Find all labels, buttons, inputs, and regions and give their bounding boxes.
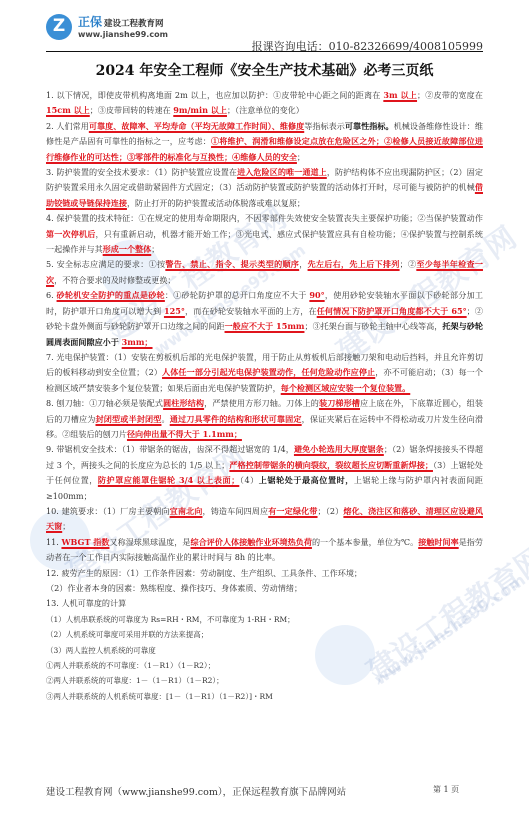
highlight: 一般应不大于 15mm (225, 321, 305, 331)
highlight: 径向伸出量不得大于 1.1mm； (127, 429, 242, 439)
item-13-line: ②两人并联系统的可靠度：1－（1－R1）（1－R2）； (46, 673, 483, 688)
text: ； (62, 521, 70, 531)
item-13-line: ③两人并联系统的人机系统可靠度：[1－（1－R1）（1－R2）]・RM (46, 689, 483, 704)
text: ， (299, 259, 307, 269)
highlight: 先左后右，先上后下排列 (308, 259, 400, 269)
item-10: 10. 建筑要求：（1）厂房主要朝向宜南北向，铸造车间四周应有一定绿化带；（2）… (46, 504, 483, 535)
text: ； (297, 152, 305, 162)
highlight: 接触时间率 (418, 537, 459, 547)
item-1: 1. 以下情况，即使皮带机构离地面 2m 以上，也应加以防护：①皮带轮中心距之间… (46, 88, 483, 119)
page-footer: 建设工程教育网（www.jianshe99.com），正保远程教育旗下品牌网站 (46, 784, 346, 798)
item-12-b: （2）作业者本身的因素：熟练程度、操作技巧、身体素质、劳动情绪； (46, 581, 483, 596)
highlight: 有一定绿化带 (268, 506, 317, 516)
text: ；②皮带的宽度在 (417, 90, 483, 100)
highlight: 第一次停机后 (46, 229, 96, 239)
text: 2. 人们常用 (46, 121, 89, 131)
item-13-line: （1）人机串联系统的可靠度为 Rs=RH・RM，不可靠度为 1-RH・RM； (46, 612, 483, 627)
item-13-line: （2）人机系统可靠度可采用并联的方法来提高； (46, 627, 483, 642)
logo-brand-name: 正保 (78, 15, 102, 29)
text: 11. (46, 537, 61, 547)
item-13-title: 13. 人机可靠度的计算 (46, 596, 483, 611)
text: ，铸造车间四周应 (202, 506, 268, 516)
header-divider (46, 51, 483, 52)
text: ；② (400, 259, 417, 269)
highlight: WBGT 指数 (61, 537, 109, 547)
item-8: 8. 刨刀轴：①刀轴必须是装配式圆柱形结构，严禁使用方形刀轴。刀体上的装刀梯形槽… (46, 396, 483, 442)
item-9: 9. 带锯机安全技术：（1）带锯条的锯齿，齿深不得超过锯宽的 1/4，避免小轮选… (46, 442, 483, 504)
page-number: 第 1 页 (433, 784, 459, 795)
highlight: 任何情况下防护罩开口角度都不大于 65° (317, 306, 467, 316)
highlight: 严格控制带锯条的横向裂纹，裂纹超长应切断重新焊接； (229, 460, 433, 470)
text: ；③皮带回转的转速在 (90, 105, 174, 115)
highlight: 警告、禁止、指令、提示类型的顺序 (165, 259, 299, 269)
highlight: 每个检测区域应安装一个复位装置。 (281, 383, 411, 393)
text: 的一个基本参量，单位为℃。 (312, 537, 418, 547)
brand-logo[interactable]: 正保建设工程教育网 www.jianshe99.com (46, 12, 186, 44)
text: 6. (46, 290, 57, 300)
bold-text: 上锯轮处于最高位置时， (259, 475, 354, 485)
highlight: 圆柱形结构 (163, 398, 204, 408)
text: ，而在砂轮安装轴水平面的上方，在 (185, 306, 317, 316)
text: ，不符合要求的及时修整或更换； (54, 275, 175, 285)
item-6: 6. 砂轮机安全防护的重点是砂轮：①砂轮防护罩的总开口角度应不大于 90°，使用… (46, 288, 483, 350)
highlight: 15cm 以上 (46, 105, 90, 115)
document-page: 建设工程教育网 www.jianshe99.com 建设工程教育网 建设工程教育… (0, 0, 529, 821)
text: 1. 以下情况，即使皮带机构离地面 2m 以上，也应加以防护：①皮带轮中心距之间… (46, 90, 383, 100)
item-2: 2. 人们常用可靠度、故障率、平均寿命（平均无故障工作时间）、维修度等指标表示可… (46, 119, 483, 165)
highlight: 9m/min 以上 (173, 105, 227, 115)
text: ；③托架台面与砂轮主轴中心线等高， (304, 321, 442, 331)
text: 5. 安全标志应满足的要求：①按 (46, 259, 165, 269)
highlight: 形成一个整体 (103, 244, 152, 254)
item-4: 4. 保护装置的技术特征：①在规定的使用寿命期限内，不因零部件失效使安全装置丧失… (46, 211, 483, 257)
text: ，严禁使用方形刀轴。刀体上的 (204, 398, 319, 408)
highlight: 人体任一部分引起光电保护装置动作，任何危险动作应停止 (162, 367, 375, 377)
text: 10. 建筑要求：（1）厂房主要朝向 (46, 506, 170, 516)
item-13-line: ①两人并联系统的不可靠度：（1－R1）（1－R2）； (46, 658, 483, 673)
highlight: 装刀梯形槽 (319, 398, 360, 408)
text: ，防止打开的防护装置或活动体脱落或难以复原； (127, 198, 305, 208)
highlight: 3m 以上 (383, 90, 417, 100)
text: 9. 带锯机安全技术：（1）带锯条的锯齿，齿深不得超过锯宽的 1/4， (46, 444, 294, 454)
highlight: 3mm； (122, 337, 153, 347)
text: （4） (239, 475, 259, 485)
highlight: 砂轮机安全防护的重点是砂轮 (57, 290, 165, 300)
text: 等指标表示 (304, 121, 345, 131)
logo-brand: 正保建设工程教育网 (78, 13, 164, 30)
text: ； (151, 244, 159, 254)
text: 。 (161, 414, 169, 424)
item-12-a: 12. 疲劳产生的原因：（1）工作条件因素：劳动制度、生产组织、工具条件、工作环… (46, 566, 483, 581)
text: ；（2） (318, 506, 344, 516)
document-body: 1. 以下情况，即使皮带机构离地面 2m 以上，也应加以防护：①皮带轮中心距之间… (46, 88, 483, 704)
text: 3. 防护装置的安全技术要求：（1）防护装置应设置在 (46, 167, 237, 177)
highlight: 进入危险区的唯一通道上 (237, 167, 327, 177)
highlight: 可靠度、故障率、平均寿命（平均无故障工作时间）、维修度 (89, 121, 304, 131)
item-11: 11. WBGT 指数又称湿球黑球温度，是综合评价人体接触作业环境热负荷的一个基… (46, 535, 483, 566)
highlight: 封闭型或半封闭型 (95, 414, 161, 424)
highlight: 通过刀具零件的结构和形状可靠固定 (170, 414, 302, 424)
item-3: 3. 防护装置的安全技术要求：（1）防护装置应设置在进入危险区的唯一通道上，防护… (46, 165, 483, 211)
page-title: 2024 年安全工程师《安全生产技术基础》必考三页纸 (0, 60, 529, 80)
logo-brand-sub: 建设工程教育网 (104, 19, 164, 29)
item-5: 5. 安全标志应满足的要求：①按警告、禁止、指令、提示类型的顺序，先左后右，先上… (46, 257, 483, 288)
item-7: 7. 光电保护装置：（1）安装在剪板机后部的光电保护装置，用于防止从剪板机后部接… (46, 350, 483, 396)
highlight: 综合评价人体接触作业环境热负荷 (190, 537, 311, 547)
highlight: 避免小轮选用大厚度锯条 (294, 444, 384, 454)
item-13-line: （3）两人监控人机系统的可靠度 (46, 643, 483, 658)
text: ：①砂轮防护罩的总开口角度应不大于 (165, 290, 309, 300)
text: 又称湿球黑球温度，是 (110, 537, 191, 547)
highlight: 90° (309, 290, 324, 300)
text: 8. 刨刀轴：①刀轴必须是装配式 (46, 398, 163, 408)
text: ；（注意单位的变化） (227, 105, 304, 115)
highlight: 宜南北向 (170, 506, 203, 516)
highlight: 防护罩应能罩住锯轮 3/4 以上表面； (98, 475, 239, 485)
bold-text: 可靠性指标。 (345, 121, 394, 131)
logo-z-icon (46, 14, 72, 40)
highlight: 125° (164, 306, 185, 316)
text: 4. 保护装置的技术特征：①在规定的使用寿命期限内，不因零部件失效使安全装置丧失… (46, 213, 483, 223)
logo-url: www.jianshe99.com (78, 30, 168, 39)
